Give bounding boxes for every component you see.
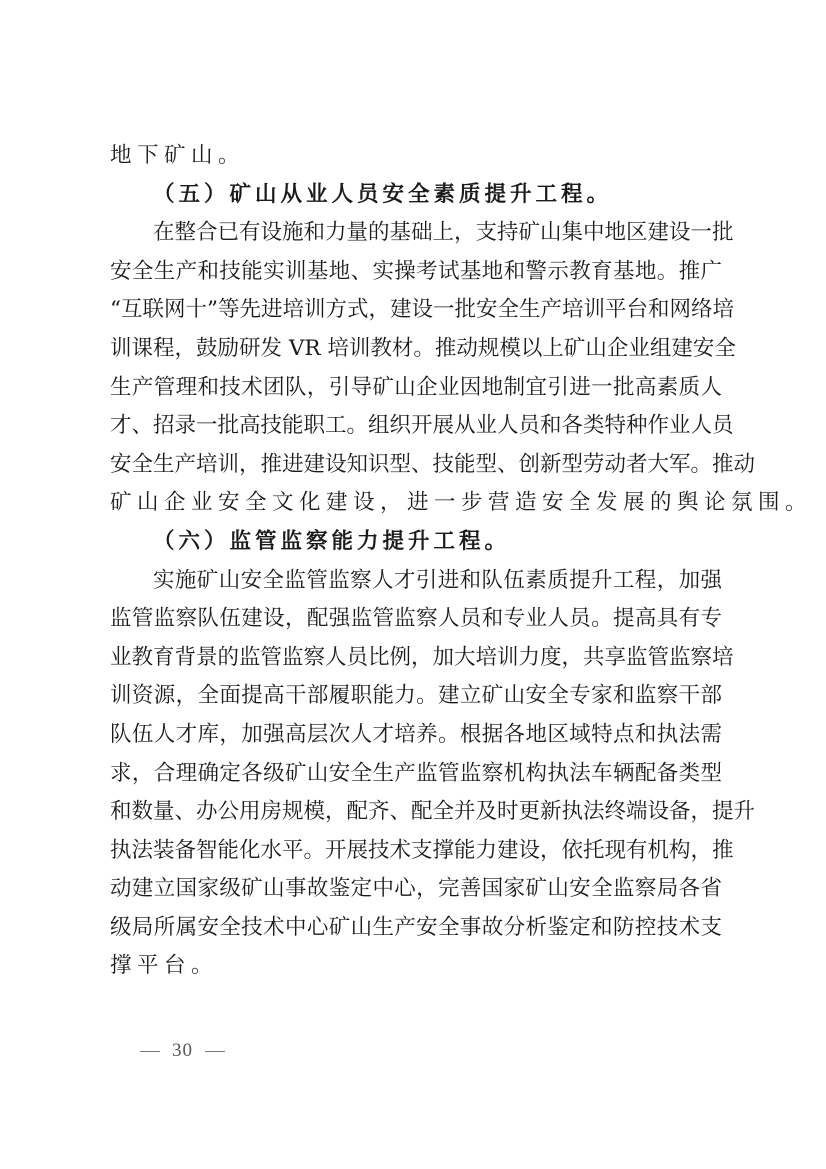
paragraph-line: 训课程，鼓励研发 VR 培训教材。推动规模以上矿山企业组建安全	[110, 330, 722, 369]
paragraph-line: 训资源，全面提高干部履职能力。建立矿山安全专家和监察干部	[110, 677, 722, 716]
document-page: 地下矿山。 （五）矿山从业人员安全素质提升工程。 在整合已有设施和力量的基础上，…	[110, 137, 722, 986]
paragraph-line: 监管监察队伍建设，配强监管监察人员和专业人员。提高具有专	[110, 600, 722, 639]
paragraph-line: 级局所属安全技术中心矿山生产安全事故分析鉴定和防控技术支	[110, 909, 722, 948]
page-number: 30	[172, 1040, 193, 1061]
paragraph-line: 生产管理和技术团队，引导矿山企业因地制宜引进一批高素质人	[110, 369, 722, 408]
paragraph-line: 求，合理确定各级矿山安全生产监管监察机构执法车辆配备类型	[110, 755, 722, 794]
section-heading-5: （五）矿山从业人员安全素质提升工程。	[110, 176, 722, 215]
paragraph-line: 撑平台。	[110, 947, 722, 986]
paragraph-line: 动建立国家级矿山事故鉴定中心，完善国家矿山安全监察局各省	[110, 870, 722, 909]
paragraph-line: 业教育背景的监管监察人员比例，加大培训力度，共享监管监察培	[110, 639, 722, 678]
paragraph-line: 矿山企业安全文化建设，进一步营造安全发展的舆论氛围。	[110, 484, 722, 523]
page-number-footer: 30	[128, 1040, 237, 1062]
paragraph-line: 实施矿山安全监管监察人才引进和队伍素质提升工程，加强	[110, 562, 722, 601]
paragraph-line: 才、招录一批高技能职工。组织开展从业人员和各类特种作业人员	[110, 407, 722, 446]
paragraph-line: 和数量、办公用房规模，配齐、配全并及时更新执法终端设备，提升	[110, 793, 722, 832]
paragraph-line: “互联网十”等先进培训方式，建设一批安全生产培训平台和网络培	[110, 291, 722, 330]
paragraph-line: 安全生产培训，推进建设知识型、技能型、创新型劳动者大军。推动	[110, 446, 722, 485]
paragraph-line: 队伍人才库，加强高层次人才培养。根据各地区域特点和执法需	[110, 716, 722, 755]
dash-left-icon	[140, 1051, 160, 1052]
paragraph-line: 在整合已有设施和力量的基础上，支持矿山集中地区建设一批	[110, 214, 722, 253]
dash-right-icon	[205, 1051, 225, 1052]
paragraph-line: 执法装备智能化水平。开展技术支撑能力建设，依托现有机构，推	[110, 832, 722, 871]
paragraph-line: 安全生产和技能实训基地、实操考试基地和警示教育基地。推广	[110, 253, 722, 292]
section-heading-6: （六）监管监察能力提升工程。	[110, 523, 722, 562]
paragraph-line: 地下矿山。	[110, 137, 722, 176]
